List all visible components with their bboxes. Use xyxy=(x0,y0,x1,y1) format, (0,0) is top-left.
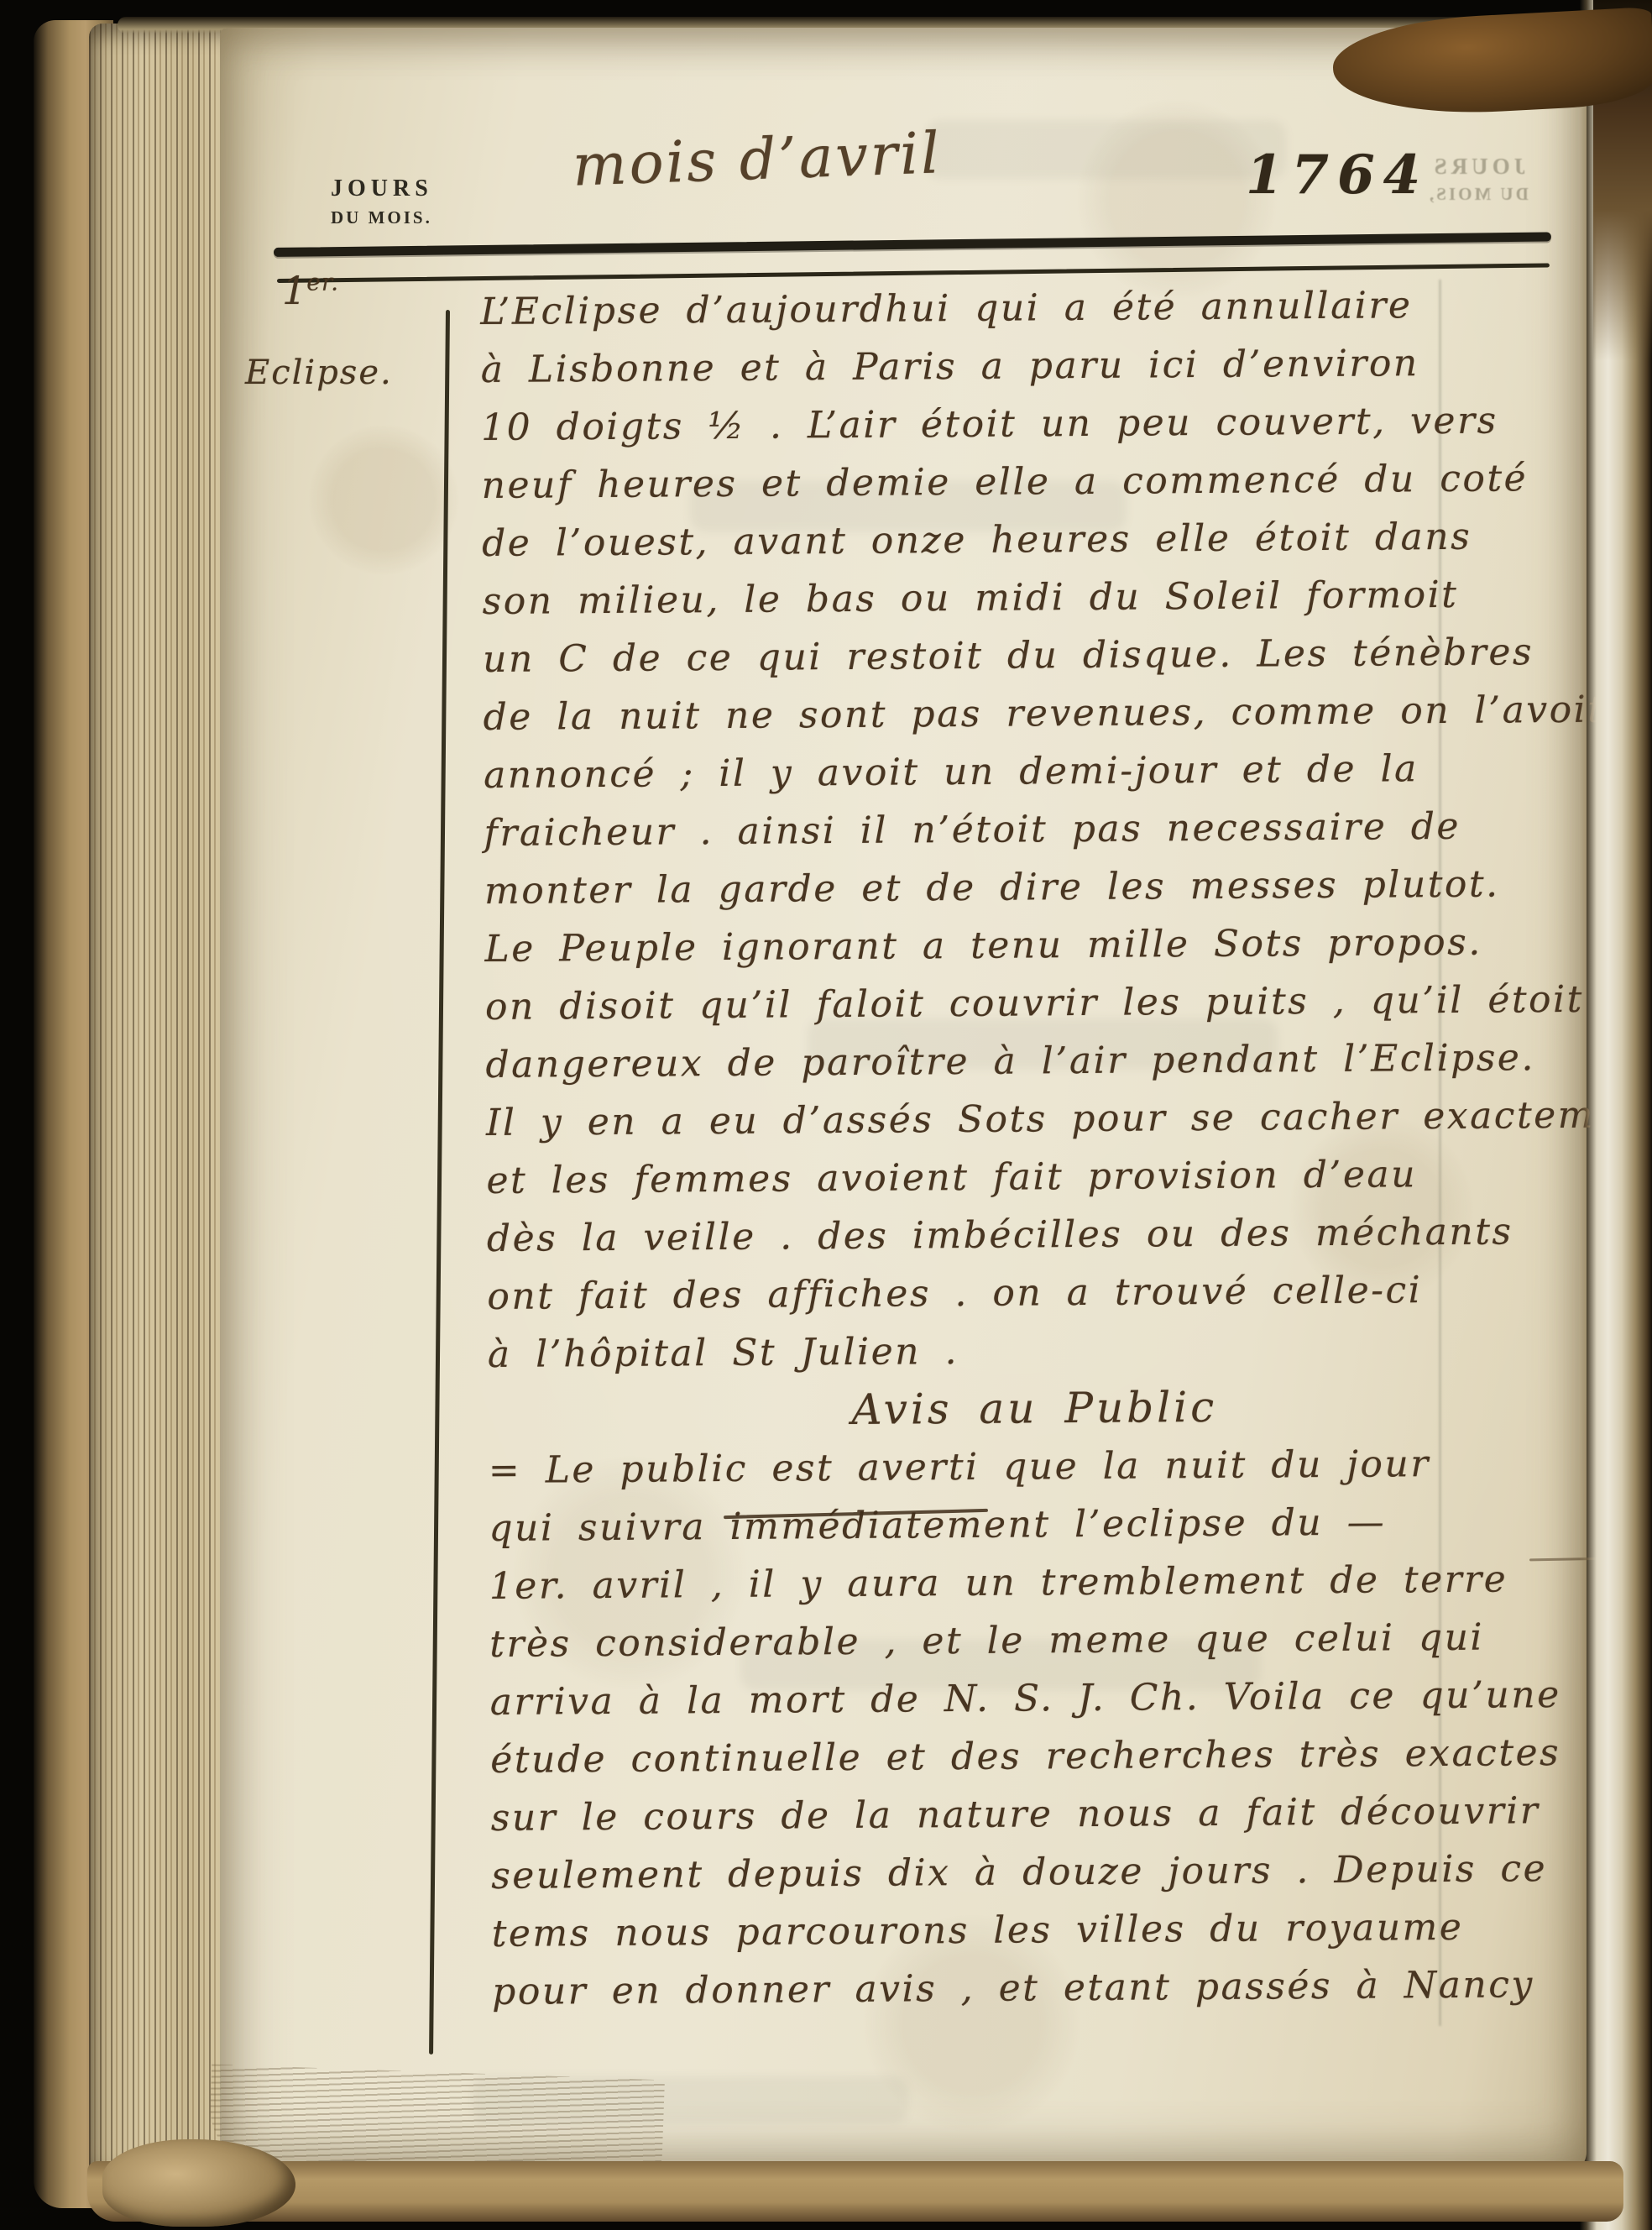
manuscript-line: de l’ouest, avant onze heures elle étoit… xyxy=(482,507,1575,573)
manuscript-line: et les femmes avoient fait provision d’e… xyxy=(486,1144,1579,1210)
manuscript-line: pour en donner avis , et etant passés à … xyxy=(492,1955,1585,2021)
printed-header-line1: JOURS xyxy=(331,175,433,202)
manuscript-line: 1er. avril , il y aura un tremblement de… xyxy=(489,1550,1582,1615)
manuscript-line: seulement depuis dix à douze jours . Dep… xyxy=(491,1840,1584,1905)
margin-day-number: 1 xyxy=(282,268,306,313)
manuscript-line: tems nous parcourons les villes du royau… xyxy=(491,1898,1584,1963)
page-stack-edges xyxy=(89,24,240,2193)
manuscript-line: un C de ce qui restoit du disque. Les té… xyxy=(483,623,1576,688)
manuscript-line: monter la garde et de dire les messes pl… xyxy=(484,855,1577,920)
printed-header-line2: DU MOIS. xyxy=(331,207,433,228)
manuscript-line: de la nuit ne sont pas revenues, comme o… xyxy=(483,681,1576,746)
manuscript-text: L’Eclipse d’aujourdhui qui a été annulla… xyxy=(480,275,1585,2021)
book-cover-edge-bottom xyxy=(87,2161,1623,2222)
bleedthrough-smudge xyxy=(925,120,1286,179)
manuscript-line: Le Peuple ignorant a tenu mille Sots pro… xyxy=(484,913,1577,978)
manuscript-line: Avis au Public xyxy=(488,1376,1581,1442)
printed-header-label: JOURS DU MOIS. xyxy=(331,175,433,228)
manuscript-page: JOURS DU MOIS. mois d’avril 1764 JOURS D… xyxy=(220,28,1587,2174)
manuscript-line: à l’hôpital St Julien . xyxy=(488,1318,1581,1384)
manuscript-line: arriva à la mort de N. S. J. Ch. Voila c… xyxy=(490,1666,1583,1731)
manuscript-line: dangereux de paroître à l’air pendant l’… xyxy=(485,1029,1578,1094)
manuscript-line: étude continuelle et des recherches très… xyxy=(490,1724,1583,1789)
manuscript-line: sur le cours de la nature nous a fait dé… xyxy=(491,1782,1584,1847)
manuscript-line: ont fait des affiches . on a trouvé cell… xyxy=(487,1260,1580,1326)
manuscript-line: L’Eclipse d’aujourdhui qui a été annulla… xyxy=(480,275,1573,341)
manuscript-line: à Lisbonne et à Paris a paru ici d’envir… xyxy=(480,333,1573,399)
month-title: mois d’avril xyxy=(572,120,943,199)
manuscript-line: son milieu, le bas ou midi du Soleil for… xyxy=(482,565,1575,631)
manuscript-line: fraicheur . ainsi il n’étoit pas necessa… xyxy=(484,797,1576,862)
manuscript-line: annoncé ; il y avoit un demi-jour et de … xyxy=(484,739,1576,804)
manuscript-line: Il y en a eu d’assés Sots pour se cacher… xyxy=(486,1086,1579,1152)
manuscript-line: 10 doigts ½ . L’air étoit un peu couvert… xyxy=(481,391,1574,457)
bleedthrough-line1: JOURS xyxy=(1427,154,1529,180)
manuscript-line: dès la veille . des imbécilles ou des mé… xyxy=(487,1202,1580,1268)
manuscript-line: = Le public est averti que la nuit du jo… xyxy=(489,1434,1581,1500)
manuscript-line: très considerable , et le meme que celui… xyxy=(489,1608,1582,1673)
bleedthrough-header-text: JOURS DU MOIS, xyxy=(1427,154,1529,205)
margin-day-suffix: er. xyxy=(306,269,339,296)
manuscript-line: neuf heures et demie elle a commencé du … xyxy=(481,449,1574,515)
manuscript-line: qui suivra immédiatement l’eclipse du — xyxy=(489,1492,1581,1557)
bleedthrough-line2: DU MOIS, xyxy=(1427,184,1529,205)
manuscript-line: on disoit qu’il faloit couvrir les puits… xyxy=(485,971,1578,1036)
margin-note-subject: Eclipse. xyxy=(245,353,393,392)
leather-corner-knot xyxy=(102,2139,295,2227)
year-label: 1764 xyxy=(1246,144,1429,207)
margin-note-day: 1er. xyxy=(282,268,339,313)
